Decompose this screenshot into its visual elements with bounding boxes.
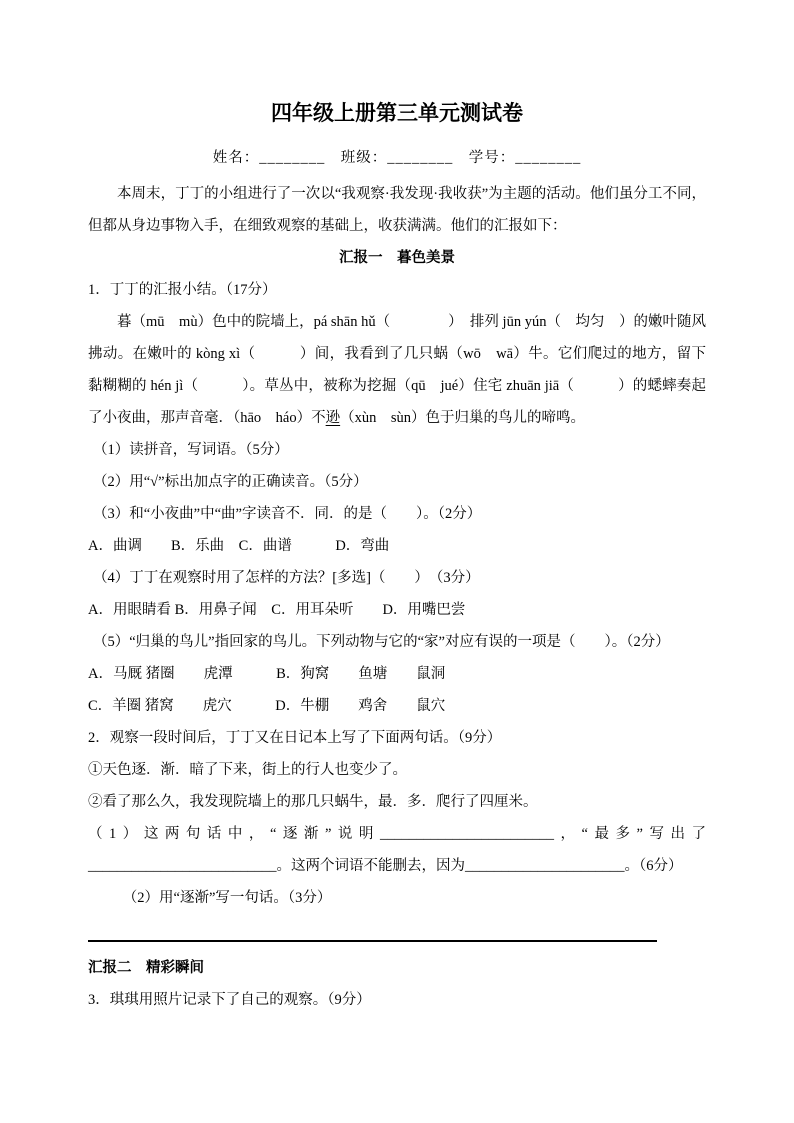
answer-line — [88, 940, 657, 942]
intro-paragraph: 本周末，丁丁的小组进行了一次以“我观察·我发现·我收获”为主题的活动。他们虽分工… — [88, 178, 706, 242]
q1-passage: 暮（mū mù）色中的院墙上，pá shān hǔ（ ） 排列 jūn yún（… — [88, 306, 706, 434]
q1-sub5: （5）“归巢的鸟儿”指回家的鸟儿。下列动物与它的“家”对应有误的一项是（ ）。（… — [88, 626, 706, 658]
q1-sub1: （1）读拼音，写词语。（5分） — [88, 434, 706, 466]
q2-sentence1: ①天色逐．渐．暗了下来，街上的行人也变少了。 — [88, 754, 706, 786]
q1-sub2: （2）用“√”标出加点字的正确读音。（5分） — [88, 466, 706, 498]
q1-sub5-options-row2: C．羊圈 猪窝 虎穴 D．牛棚 鸡舍 鼠穴 — [88, 690, 706, 722]
q3-stem: 3．琪琪用照片记录下了自己的观察。（9分） — [88, 984, 706, 1016]
test-paper-page: 四年级上册第三单元测试卷 姓名：________ 班级：________ 学号：… — [0, 0, 794, 1123]
q1-sub5-options-row1: A．马厩 猪圈 虎潭 B．狗窝 鱼塘 鼠洞 — [88, 658, 706, 690]
q1-sub3-options: A．曲调 B．乐曲 C．曲谱 D．弯曲 — [88, 530, 706, 562]
q2-sub1-fill-blank: （1）这两句话中，“逐渐”说明________________________，… — [88, 818, 706, 882]
page-title: 四年级上册第三单元测试卷 — [88, 98, 706, 128]
section2-heading: 汇报二 精彩瞬间 — [88, 952, 706, 984]
q2-sentence2: ②看了那么久，我发现院墙上的那几只蜗牛，最．多．爬行了四厘米。 — [88, 786, 706, 818]
q2-sub2: （2）用“逐渐”写一句话。（3分） — [88, 882, 706, 914]
q1-passage-text-after: （xùn sùn）色于归巢的鸟儿的啼鸣。 — [340, 410, 585, 426]
q2-stem: 2．观察一段时间后，丁丁又在日记本上写了下面两句话。（9分） — [88, 722, 706, 754]
q1-sub4-options: A．用眼睛看 B．用鼻子闻 C．用耳朵听 D．用嘴巴尝 — [88, 594, 706, 626]
q1-stem: 1．丁丁的汇报小结。（17分） — [88, 274, 706, 306]
q1-sub4: （4）丁丁在观察时用了怎样的方法？[多选]（ ） （3分） — [88, 562, 706, 594]
name-class-id-line: 姓名：________ 班级：________ 学号：________ — [88, 142, 706, 174]
q1-passage-marked-char: 逊 — [326, 410, 341, 426]
q1-sub3: （3）和“小夜曲”中“曲”字读音不．同．的是（ ）。（2分） — [88, 498, 706, 530]
section1-heading: 汇报一 暮色美景 — [88, 242, 706, 274]
